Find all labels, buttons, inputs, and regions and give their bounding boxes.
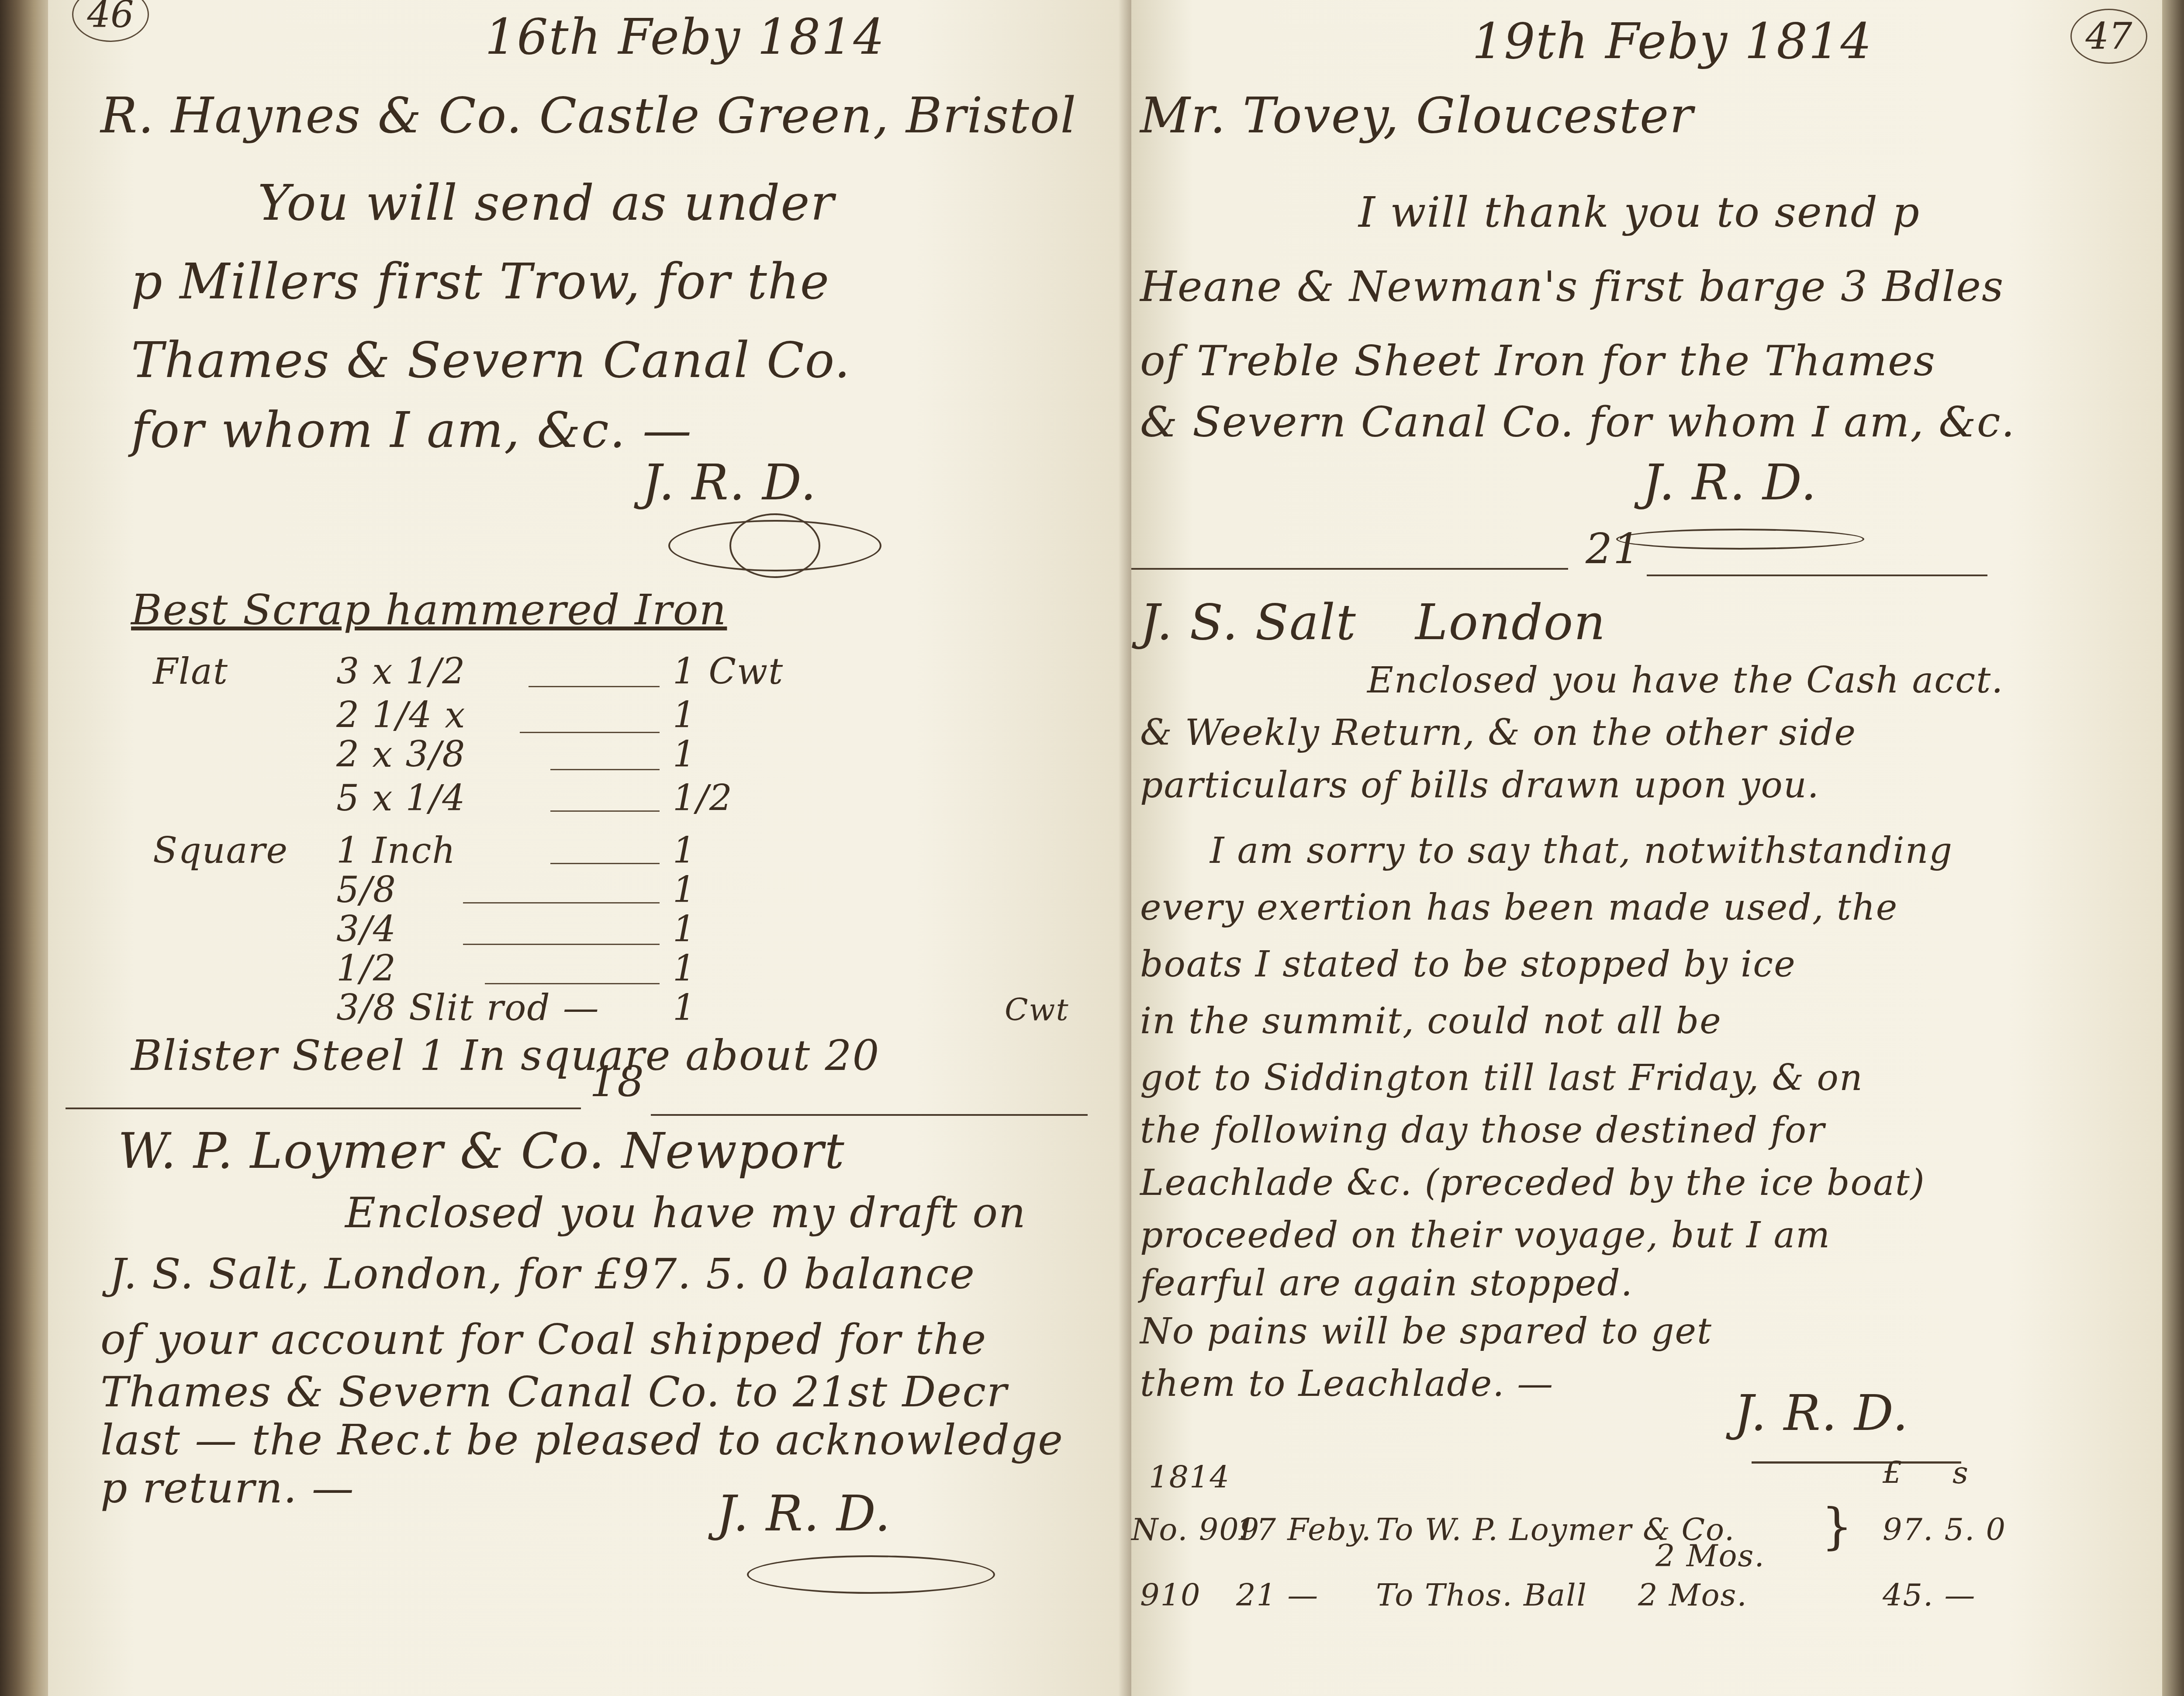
letter1-line1: You will send as under	[258, 175, 835, 232]
bills-header-shillings: s	[1952, 1455, 1969, 1491]
letter2-line3: of your account for Coal shipped for the	[100, 1315, 987, 1364]
salt-line2: & Weekly Return, & on the other side	[1140, 712, 1856, 754]
salt-line13: No pains will be spared to get	[1140, 1311, 1712, 1352]
addressee-haynes: R. Haynes & Co. Castle Green, Bristol	[100, 87, 1077, 144]
addressee-loymer: W. P. Loymer & Co. Newport	[118, 1123, 845, 1180]
letter1-line2: p Millers first Trow, for the	[131, 253, 830, 310]
letter1-line4: for whom I am, &c. —	[131, 402, 692, 459]
letter1-line3: Thames & Severn Canal Co.	[131, 332, 851, 389]
date-heading-right: 19th Feby 1814	[1472, 13, 1873, 70]
signature-flourish	[747, 1555, 995, 1594]
signature-flourish	[1616, 529, 1864, 550]
salt-line14: them to Leachlade. —	[1140, 1363, 1554, 1405]
tovey-line2: Heane & Newman's first barge 3 Bdles	[1140, 262, 2004, 311]
letter2-line5: last — the Rec.t be pleased to acknowled…	[100, 1416, 1064, 1464]
letter2-line1: Enclosed you have my draft on	[345, 1188, 1026, 1237]
bills-year: 1814	[1149, 1459, 1230, 1495]
salt-line11: proceeded on their voyage, but I am	[1140, 1215, 1831, 1256]
salt-line9: the following day those destined for	[1140, 1110, 1825, 1151]
book-edge-right	[2162, 0, 2184, 1696]
right-page: 19th Feby 1814 47 Mr. Tovey, Gloucester …	[1131, 0, 2162, 1696]
salt-line10: Leachlade &c. (preceded by the ice boat)	[1140, 1162, 1925, 1204]
signature-jrd-4: J. R. D.	[1734, 1385, 1909, 1442]
bills-header-pounds: £	[1883, 1455, 1903, 1491]
section-date-18: 18	[590, 1057, 645, 1106]
section-date-21: 21	[1586, 524, 1641, 573]
section-divider	[1131, 568, 1568, 570]
salt-line3: particulars of bills drawn upon you.	[1140, 765, 1820, 806]
letter2-line6: p return. —	[100, 1464, 355, 1513]
salt-line12: fearful are again stopped.	[1140, 1263, 1633, 1304]
page-number-left: 46	[72, 0, 149, 42]
salt-line5: every exertion has been made used, the	[1140, 887, 1898, 928]
salt-line6: boats I stated to be stopped by ice	[1140, 944, 1796, 985]
addressee-salt-location: London	[1415, 594, 1606, 651]
salt-line1: Enclosed you have the Cash acct.	[1367, 660, 2004, 701]
signature-jrd-3: J. R. D.	[1642, 454, 1817, 511]
page-number-right: 47	[2070, 9, 2147, 64]
tovey-line3: of Treble Sheet Iron for the Thames	[1140, 336, 1936, 385]
tovey-line4: & Severn Canal Co. for whom I am, &c.	[1140, 398, 2015, 446]
section-divider	[1647, 575, 1987, 576]
letter2-line4: Thames & Severn Canal Co. to 21st Decr	[100, 1367, 1008, 1416]
left-page: 46 16th Feby 1814 R. Haynes & Co. Castle…	[48, 0, 1131, 1696]
signature-jrd-1: J. R. D.	[642, 454, 817, 511]
brace: }	[1821, 1499, 1853, 1555]
addressee-salt: J. S. Salt	[1140, 594, 1357, 651]
salt-line4: I am sorry to say that, notwithstanding	[1210, 830, 1953, 872]
section-divider	[651, 1114, 1088, 1116]
letter-book-spread: 46 16th Feby 1814 R. Haynes & Co. Castle…	[0, 0, 2184, 1696]
salt-line8: got to Siddington till last Friday, & on	[1140, 1057, 1863, 1099]
signature-jrd-2: J. R. D.	[716, 1485, 891, 1542]
signature-underline	[1752, 1461, 1961, 1464]
date-heading-left: 16th Feby 1814	[485, 9, 885, 66]
tovey-line1: I will thank you to send p	[1358, 188, 1920, 237]
order-heading: Best Scrap hammered Iron	[131, 585, 727, 634]
salt-line7: in the summit, could not all be	[1140, 1000, 1722, 1042]
signature-flourish-loop	[729, 513, 820, 578]
order-footer: Blister Steel 1 In square about 20	[131, 1031, 880, 1080]
letter2-line2: J. S. Salt, London, for £97. 5. 0 balanc…	[109, 1250, 975, 1298]
addressee-tovey: Mr. Tovey, Gloucester	[1140, 87, 1694, 144]
footer-unit: Cwt	[1005, 992, 1069, 1028]
section-divider	[66, 1108, 581, 1109]
